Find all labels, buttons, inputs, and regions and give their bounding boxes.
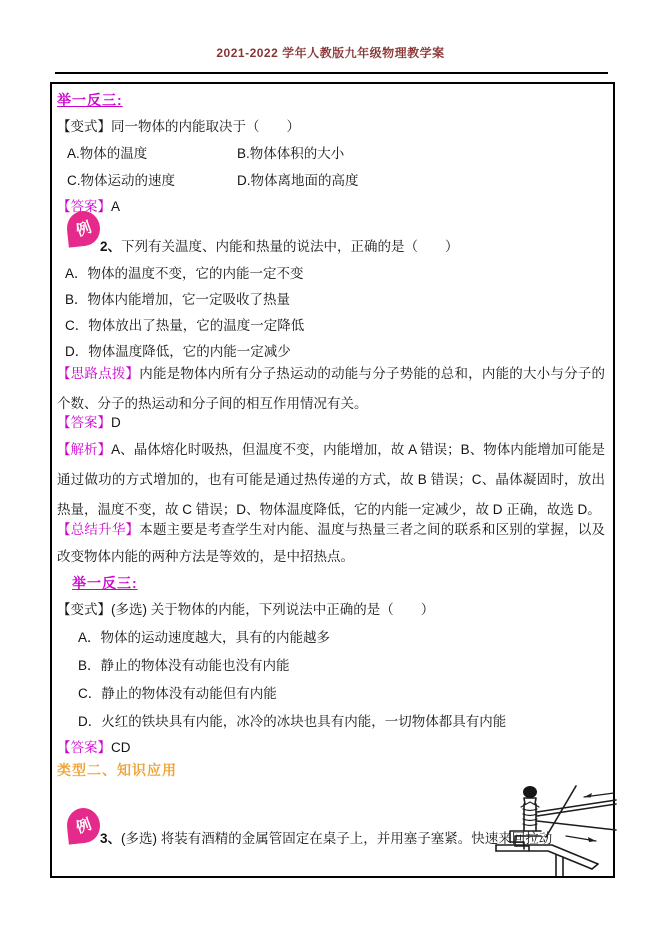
page-title: 2021-2022 学年人教版九年级物理教学案 — [0, 44, 661, 61]
hint-label: 【思路点拨】 — [57, 366, 139, 381]
analysis-paragraph: 【解析】A、晶体熔化时吸热，但温度不变，内能增加，故 A 错误；B、物体内能增加… — [57, 435, 605, 525]
answer-value: D — [111, 415, 121, 430]
example-badge-icon: 例 — [65, 806, 101, 844]
example2-option-a: A．物体的温度不变，它的内能一定不变 — [65, 265, 304, 283]
variant1-option-d: D.物体离地面的高度 — [237, 172, 359, 190]
variant1-option-c: C.物体运动的速度 — [67, 172, 175, 190]
variant2-option-a: A．物体的运动速度越大，具有的内能越多 — [78, 629, 330, 647]
hint-paragraph: 【思路点拨】内能是物体内所有分子热运动的动能与分子势能的总和，内能的大小与分子的… — [57, 359, 605, 419]
type2-heading: 类型二、知识应用 — [57, 761, 177, 779]
variant2-answer-row: 【答案】CD — [57, 739, 131, 757]
variant1-option-a: A.物体的温度 — [67, 145, 147, 163]
variant1-stem: 【变式】同一物体的内能取决于（ ） — [57, 118, 300, 136]
variant2-option-c: C．静止的物体没有动能但有内能 — [78, 685, 277, 703]
answer-value: A — [111, 199, 120, 214]
example2-option-c: C．物体放出了热量，它的温度一定降低 — [65, 317, 304, 335]
header-divider — [55, 72, 608, 74]
document-content-box: 举一反三: 【变式】同一物体的内能取决于（ ） A.物体的温度 B.物体体积的大… — [50, 82, 615, 878]
answer-label: 【答案】 — [57, 415, 111, 430]
answer-label: 【答案】 — [57, 740, 111, 755]
variant1-option-b: B.物体体积的大小 — [237, 145, 344, 163]
experiment-illustration — [494, 785, 618, 876]
review-heading-2: 举一反三: — [72, 574, 138, 592]
example2-stem: 2、下列有关温度、内能和热量的说法中，正确的是（ ） — [100, 238, 459, 256]
tube-rope-table-drawing — [494, 785, 618, 876]
summary-label: 【总结升华】 — [57, 522, 139, 537]
summary-paragraph: 【总结升华】本题主要是考查学生对内能、温度与热量三者之间的联系和区别的掌握，以及… — [57, 516, 605, 570]
review-heading-1: 举一反三: — [57, 91, 123, 109]
variant2-option-b: B．静止的物体没有动能也没有内能 — [78, 657, 290, 675]
example2-option-b: B．物体内能增加，它一定吸收了热量 — [65, 291, 290, 309]
analysis-label: 【解析】 — [57, 442, 111, 457]
example2-answer-row: 【答案】D — [57, 414, 121, 432]
variant2-option-d: D．火红的铁块具有内能，冰冷的冰块也具有内能，一切物体都具有内能 — [78, 713, 506, 731]
variant2-stem: 【变式】(多选) 关于物体的内能，下列说法中正确的是（ ） — [57, 601, 434, 619]
answer-value: CD — [111, 740, 131, 755]
example3-stem: 3、(多选) 将装有酒精的金属管固定在桌子上，并用塞子塞紧。快速来回拉动 — [100, 830, 552, 848]
